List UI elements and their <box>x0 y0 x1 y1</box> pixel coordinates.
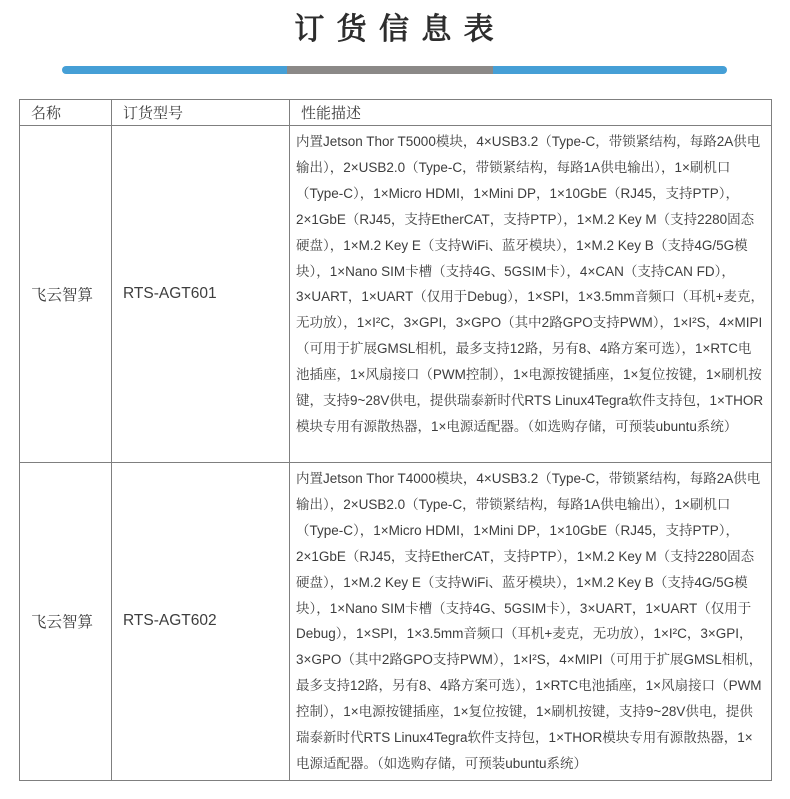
product-model-cell: RTS-AGT602 <box>112 463 290 781</box>
header-name: 名称 <box>20 100 112 126</box>
product-description-cell: 内置Jetson Thor T4000模块，4×USB3.2（Type-C，带锁… <box>290 463 772 781</box>
header-model: 订货型号 <box>112 100 290 126</box>
table-header-row: 名称 订货型号 性能描述 <box>20 100 772 126</box>
header-description: 性能描述 <box>290 100 772 126</box>
product-model-cell: RTS-AGT601 <box>112 126 290 463</box>
order-info-page: 订 货 信 息 表 名称 订货型号 性能描述 飞云智算 RTS-AGT601 内… <box>0 0 790 799</box>
product-description-cell: 内置Jetson Thor T5000模块，4×USB3.2（Type-C，带锁… <box>290 126 772 463</box>
divider-segment-blue-right <box>493 66 727 74</box>
order-info-table: 名称 订货型号 性能描述 飞云智算 RTS-AGT601 内置Jetson Th… <box>19 99 772 781</box>
divider-segment-gray-mid <box>287 66 493 74</box>
title-divider-bar <box>62 66 727 74</box>
table-row: 飞云智算 RTS-AGT602 内置Jetson Thor T4000模块，4×… <box>20 463 772 781</box>
product-name-cell: 飞云智算 <box>20 463 112 781</box>
divider-segment-blue-left <box>62 66 287 74</box>
table-row: 飞云智算 RTS-AGT601 内置Jetson Thor T5000模块，4×… <box>20 126 772 463</box>
product-name-cell: 飞云智算 <box>20 126 112 463</box>
page-title: 订 货 信 息 表 <box>0 10 790 50</box>
